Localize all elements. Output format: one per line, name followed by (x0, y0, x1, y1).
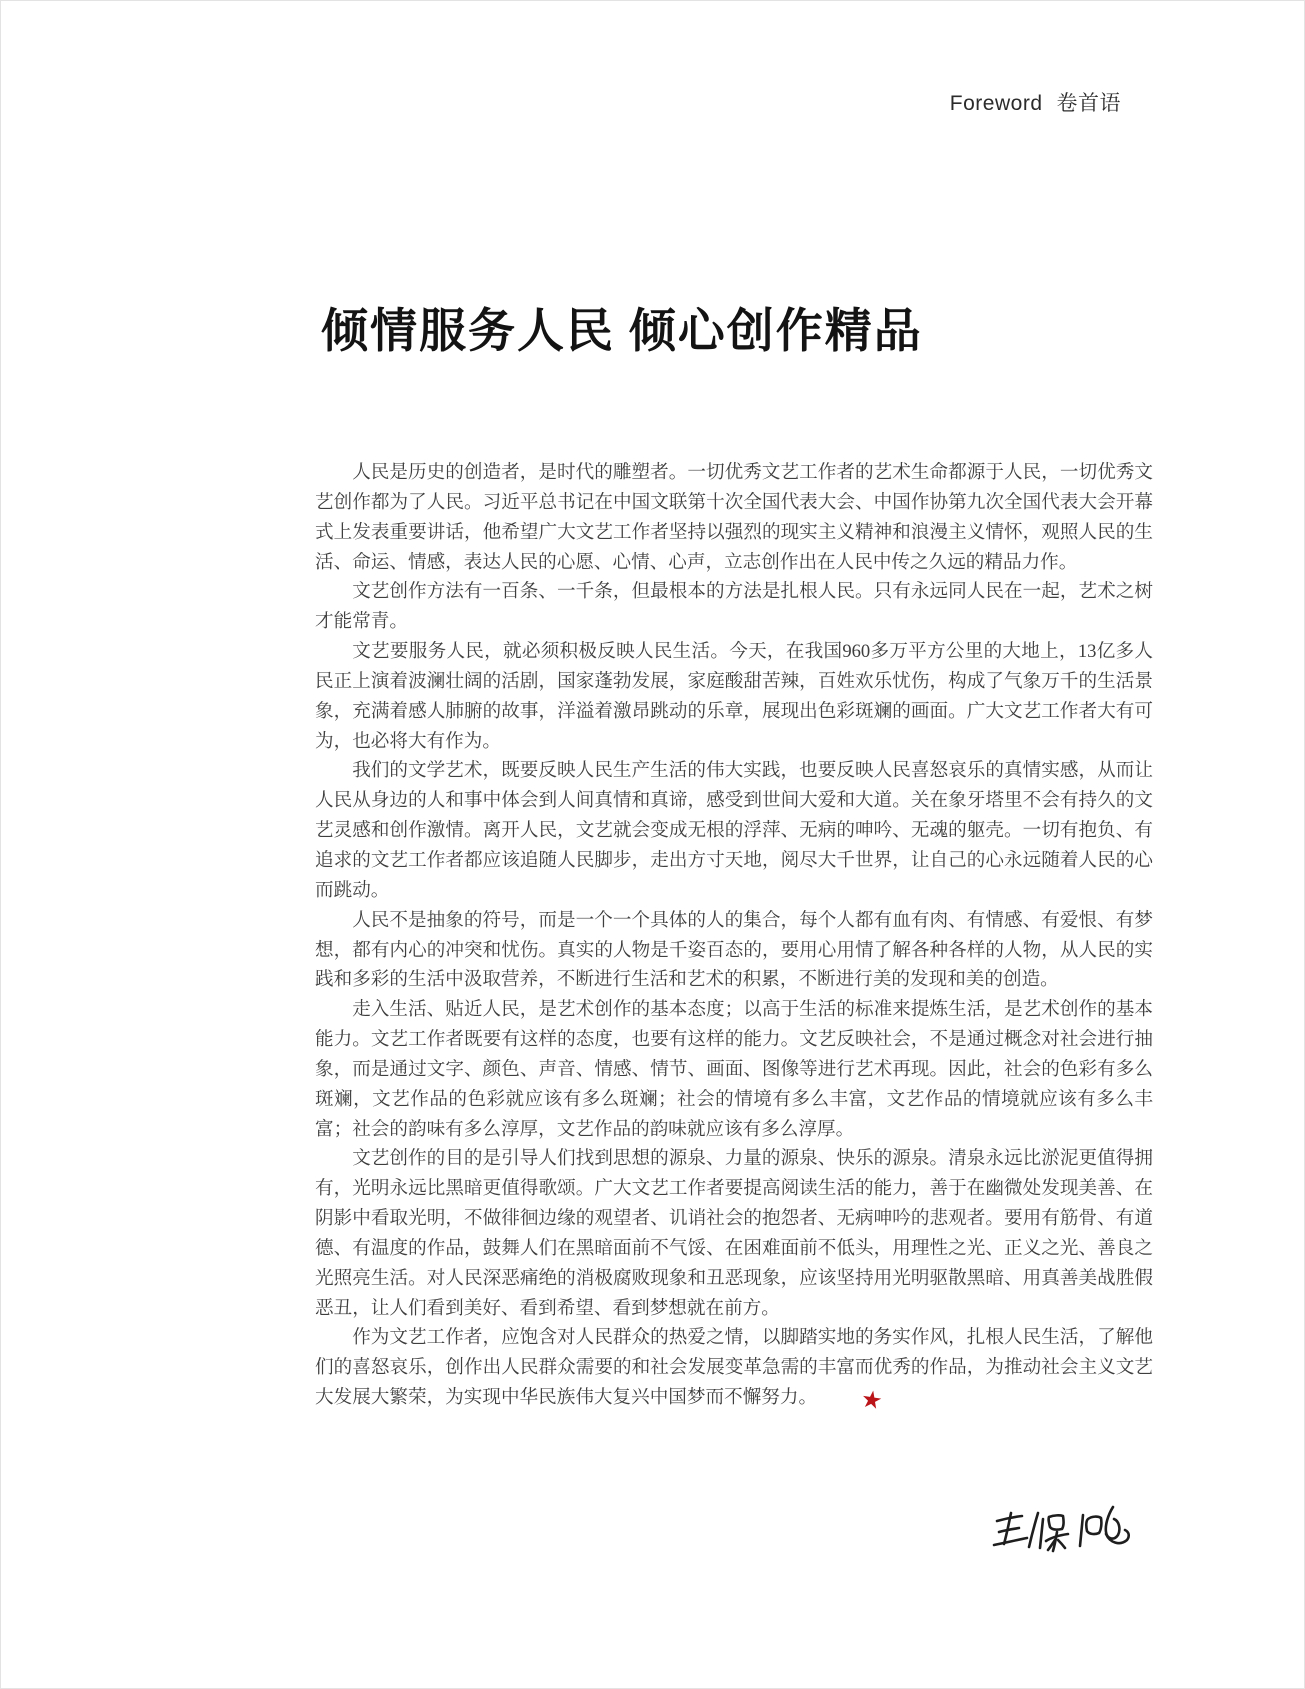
body-paragraph-2: 文艺创作方法有一百条、一千条，但最根本的方法是扎根人民。只有永远同人民在一起，艺… (315, 577, 1153, 637)
signature-strokes-svg (991, 1495, 1131, 1573)
foreword-label-zh: 卷首语 (1057, 92, 1122, 115)
body-paragraph-4: 我们的文学艺术，既要反映人民生产生活的伟大实践，也要反映人民喜怒哀乐的真情实感，… (315, 756, 1153, 905)
body-paragraph-8: 作为文艺工作者，应饱含对人民群众的热爱之情，以脚踏实地的务实作风，扎根人民生活，… (315, 1323, 1153, 1413)
body-paragraph-3: 文艺要服务人民，就必须积极反映人民生活。今天，在我国960多万平方公里的大地上，… (315, 637, 1153, 756)
page-header: Foreword卷首语 (950, 87, 1121, 117)
body-paragraph-5: 人民不是抽象的符号，而是一个一个具体的人的集合，每个人都有血有肉、有情感、有爱恨… (315, 906, 1153, 996)
signature-handwriting (991, 1495, 1131, 1573)
article-body: 人民是历史的创造者，是时代的雕塑者。一切优秀文艺工作者的艺术生命都源于人民，一切… (315, 458, 1153, 1413)
foreword-label-en: Foreword (950, 92, 1043, 115)
foreword-page: Foreword卷首语 倾情服务人民 倾心创作精品 人民是历史的创造者，是时代的… (0, 0, 1305, 1689)
article-title: 倾情服务人民 倾心创作精品 (321, 294, 923, 361)
body-paragraph-7: 文艺创作的目的是引导人们找到思想的源泉、力量的源泉、快乐的源泉。清泉永远比淤泥更… (315, 1144, 1153, 1323)
body-paragraph-8-text: 作为文艺工作者，应饱含对人民群众的热爱之情，以脚踏实地的务实作风，扎根人民生活，… (315, 1327, 1153, 1408)
body-paragraph-1: 人民是历史的创造者，是时代的雕塑者。一切优秀文艺工作者的艺术生命都源于人民，一切… (315, 458, 1153, 577)
body-paragraph-6: 走入生活、贴近人民，是艺术创作的基本态度；以高于生活的标准来提炼生活，是艺术创作… (315, 995, 1153, 1144)
red-star-icon: ★ (823, 1381, 885, 1414)
